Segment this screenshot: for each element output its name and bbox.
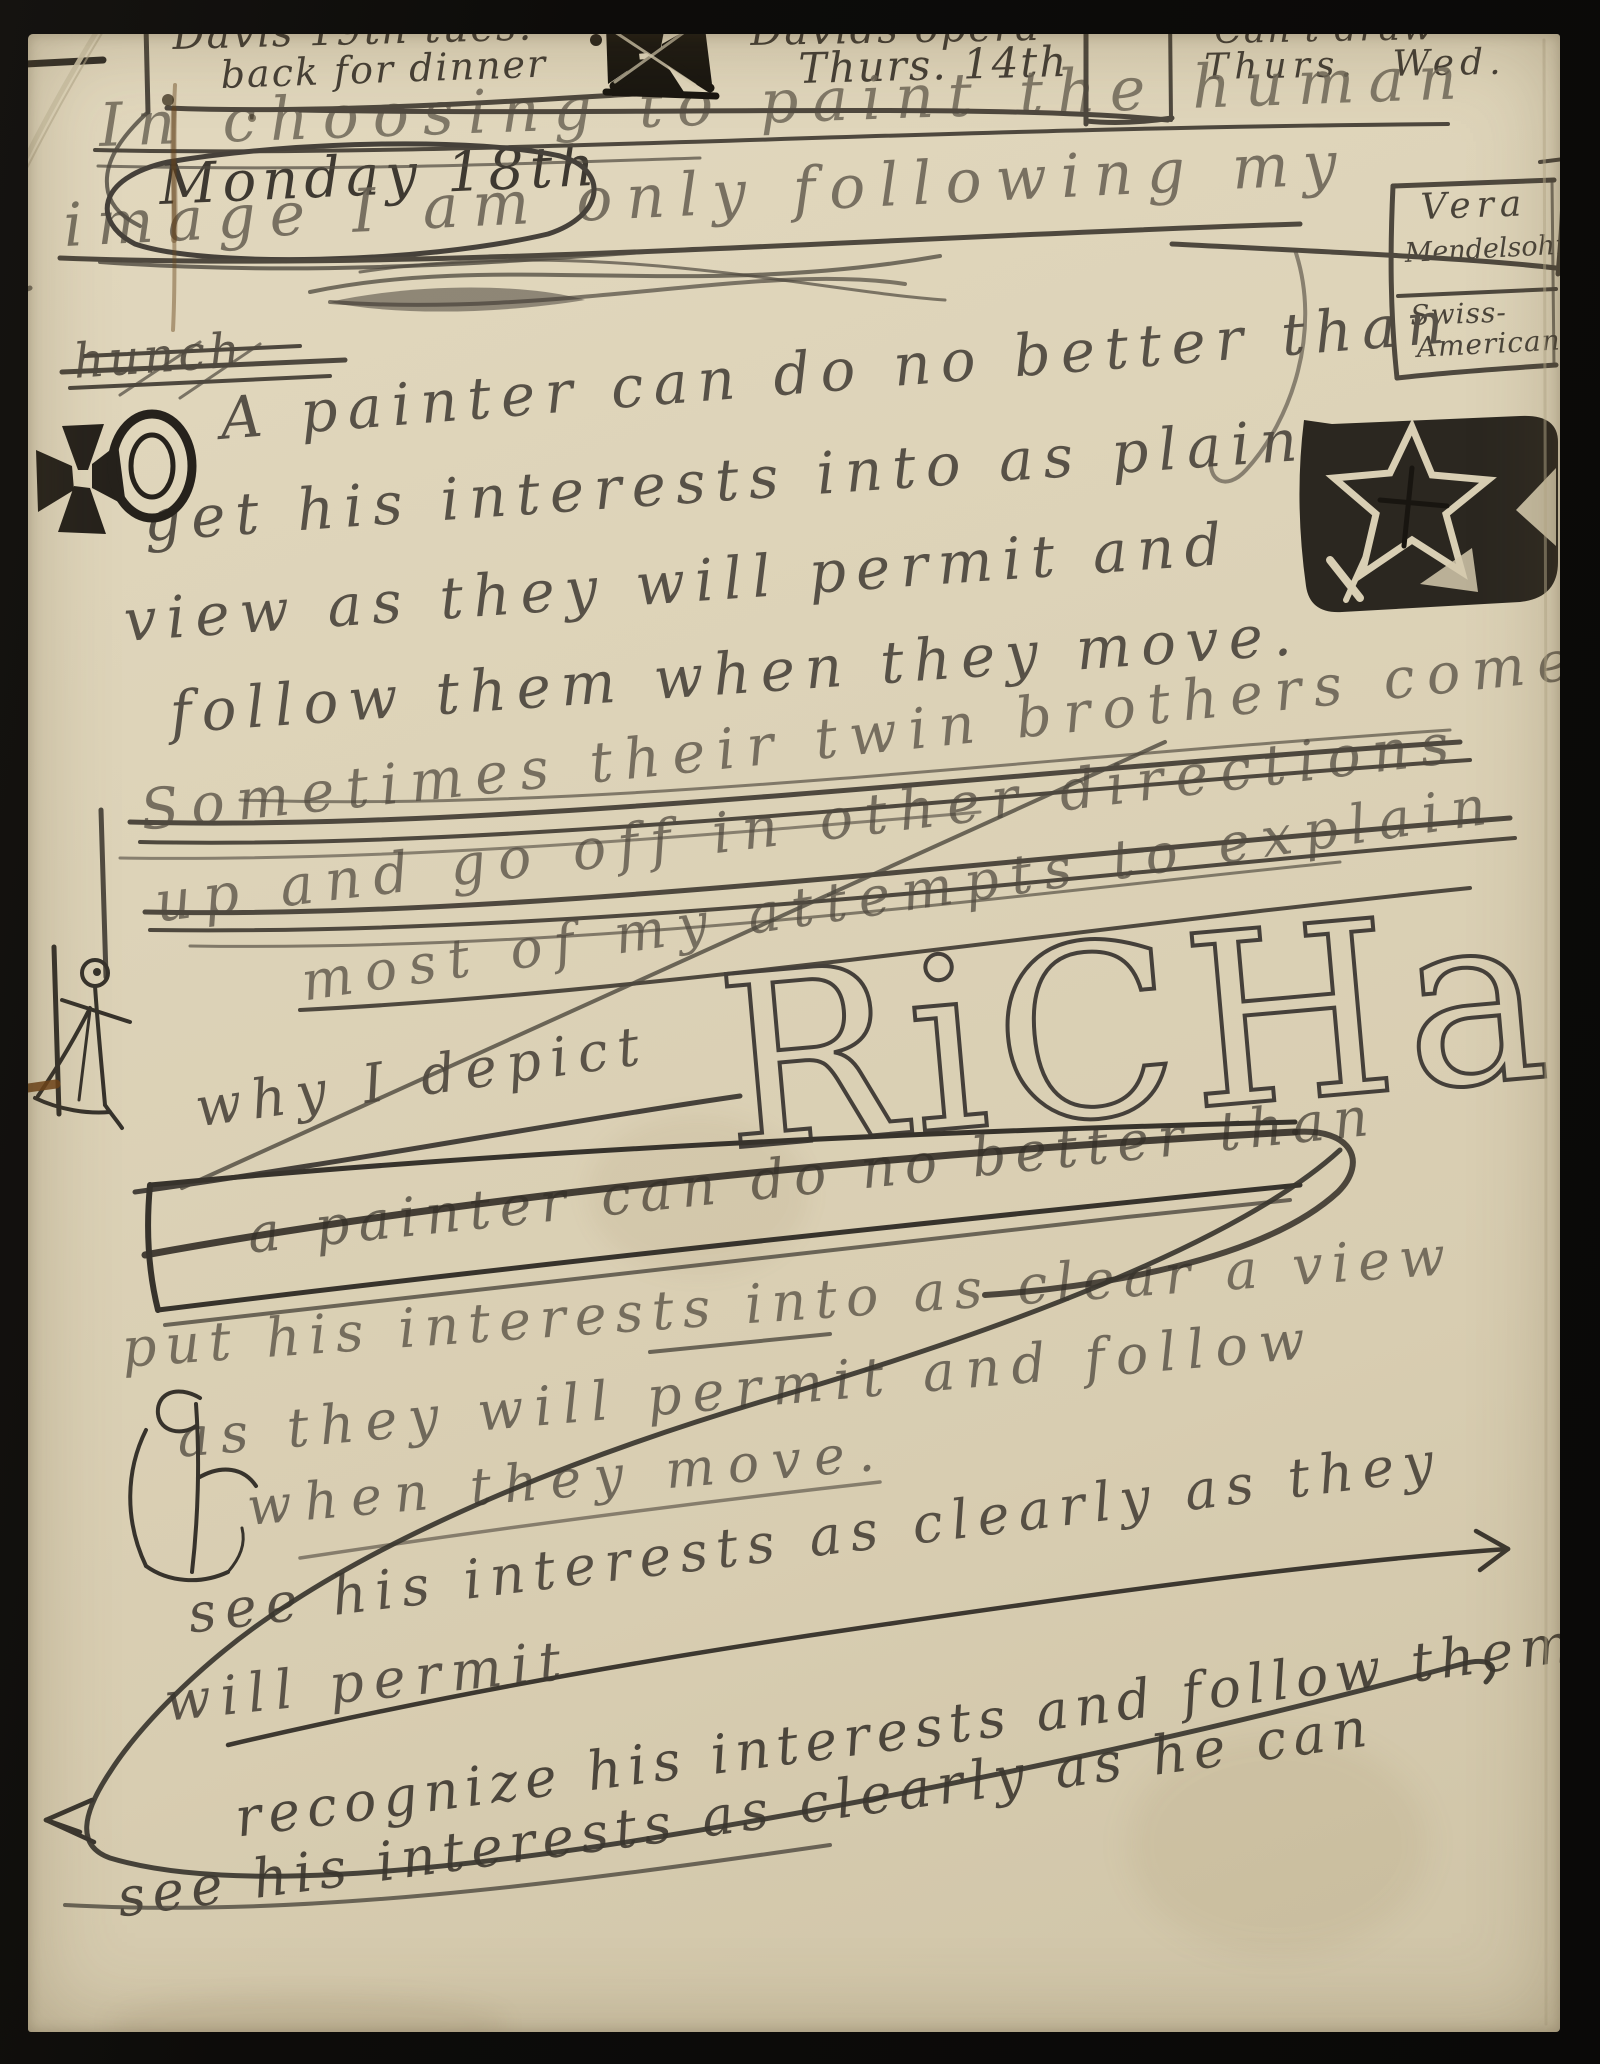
paper-stain <box>108 1994 508 2032</box>
struck-opening-line3: hunch <box>72 326 245 386</box>
star-block-drawing <box>1299 416 1558 612</box>
plumb-bob-doodle-icon <box>35 947 130 1128</box>
underlined-lead: why I depict <box>192 1018 653 1135</box>
paper-sheet: Davis 19th tues. back for dinner Davids … <box>28 34 1560 2032</box>
scanned-page: Davis 19th tues. back for dinner Davids … <box>0 0 1600 2064</box>
revision2-line2: will permit <box>162 1633 573 1729</box>
contact-note-name1: Vera <box>1420 186 1528 226</box>
boxed-line: a painter can do no better than <box>245 1089 1380 1261</box>
contact-note-name2: Mendelsohn <box>1404 231 1560 267</box>
